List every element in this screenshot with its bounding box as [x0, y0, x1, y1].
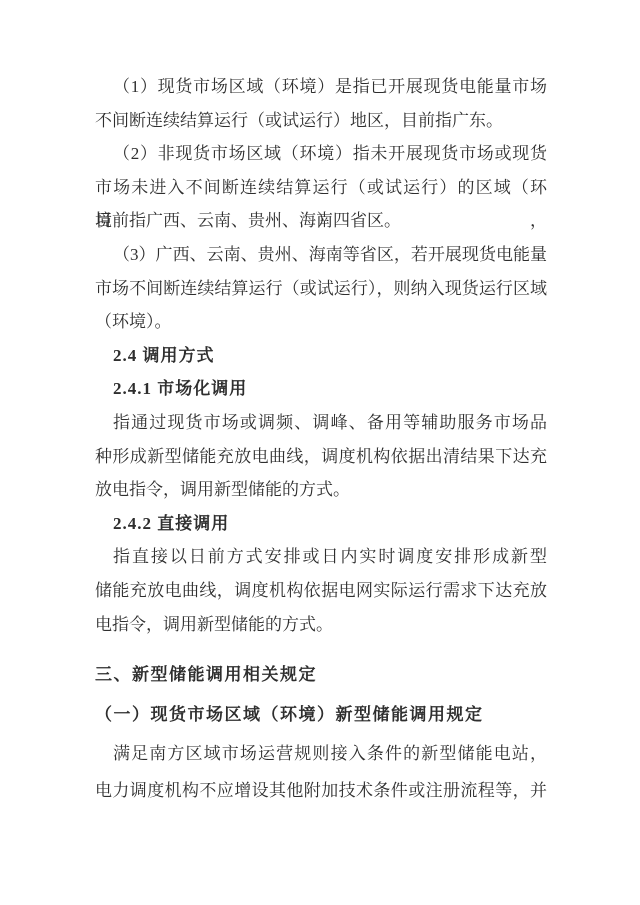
paragraph-3-line-1: （3）广西、云南、贵州、海南等省区，若开展现货电能量	[95, 238, 547, 272]
heading-2-4-1: 2.4.1 市场化调用	[95, 372, 547, 406]
document-page: （1）现货市场区域（环境）是指已开展现货电能量市场 不间断连续结算运行（或试运行…	[0, 0, 640, 905]
document-viewer: { "page": { "background_color": "#ffffff…	[0, 0, 640, 905]
paragraph-3-line-2: 市场不间断连续结算运行（或试运行），则纳入现货运行区域	[95, 272, 547, 306]
paragraph-5-line-3: 电指令，调用新型储能的方式。	[95, 608, 547, 642]
heading-section-3: 三、新型储能调用相关规定	[95, 655, 547, 695]
paragraph-4-line-3: 放电指令，调用新型储能的方式。	[95, 473, 547, 507]
paragraph-4-line-1: 指通过现货市场或调频、调峰、备用等辅助服务市场品	[95, 406, 547, 440]
heading-section-3-1: （一）现货市场区域（环境）新型储能调用规定	[95, 695, 547, 735]
paragraph-5-line-1: 指直接以日前方式安排或日内实时调度安排形成新型	[95, 540, 547, 574]
document-body: （1）现货市场区域（环境）是指已开展现货电能量市场 不间断连续结算运行（或试运行…	[95, 70, 547, 809]
heading-2-4-2: 2.4.2 直接调用	[95, 507, 547, 541]
heading-2-4: 2.4 调用方式	[95, 339, 547, 373]
paragraph-2-line-2: 市场未进入不间断连续结算运行（或试运行）的区域（环境），	[95, 171, 547, 205]
paragraph-3-line-3: （环境）。	[95, 305, 547, 339]
paragraph-2-line-1: （2）非现货市场区域（环境）指未开展现货市场或现货	[95, 137, 547, 171]
paragraph-1-line-1: （1）现货市场区域（环境）是指已开展现货电能量市场	[95, 70, 547, 104]
paragraph-1-line-2: 不间断连续结算运行（或试运行）地区，目前指广东。	[95, 104, 547, 138]
paragraph-6-line-2: 电力调度机构不应增设其他附加技术条件或注册流程等，并	[95, 772, 547, 809]
paragraph-5-line-2: 储能充放电曲线，调度机构依据电网实际运行需求下达充放	[95, 574, 547, 608]
paragraph-4-line-2: 种形成新型储能充放电曲线，调度机构依据出清结果下达充	[95, 440, 547, 474]
paragraph-6-line-1: 满足南方区域市场运营规则接入条件的新型储能电站，	[95, 735, 547, 772]
